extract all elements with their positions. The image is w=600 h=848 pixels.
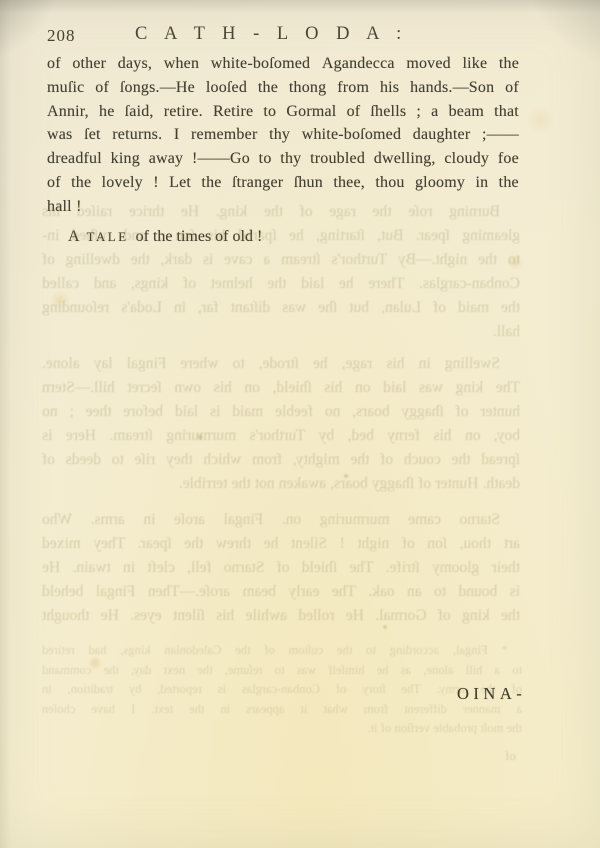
bleedthrough-line: Conban-carglas.Therehelaidthehelmetofkin… xyxy=(42,272,520,296)
page-number: 208 xyxy=(47,26,76,46)
main-text-line: wasſetreturns.Irememberthywhite-boſomedd… xyxy=(47,123,519,147)
bleedthrough-line: hunterofſhaggyboars,nofeeblemaidislaidbe… xyxy=(42,400,520,424)
tale-rest: of the times of old ! xyxy=(136,228,263,245)
bleedthrough-footnote-line: themoſtprobableverſionofit. xyxy=(42,719,522,739)
book-page-scan: 208 C A T H - L O D A : ofotherdays,when… xyxy=(0,0,600,848)
catchword: OINA- xyxy=(457,684,526,704)
bleedthrough-line: tothenight.—ByTurthor'sſtreamacaveisdark… xyxy=(42,248,520,272)
running-title: C A T H - L O D A : xyxy=(135,24,408,45)
bleedthrough-line: Swellinginhisrage,heſtrode,towhereFingal… xyxy=(42,352,520,376)
bleedthrough-line: Starnocamemurmuringon.Fingalaroſeinarms.… xyxy=(42,508,520,532)
bleedthrough-line: boy,onhisfernybed,byTurthor'smurmuringſt… xyxy=(42,424,520,448)
main-text-line: ofthelovely!Lettheſtrangerſhunthee,thoug… xyxy=(47,171,519,195)
main-text-line: Annir,heſaid,retire.RetiretoGormalofſhel… xyxy=(47,100,519,124)
bleedthrough-paragraph-2: Swellinginhisrage,heſtrode,towhereFingal… xyxy=(42,352,520,496)
bleedthrough-stray-word: of xyxy=(505,748,516,764)
bleedthrough-line: artthou,ſonofnight!Silenthethrewtheſpear… xyxy=(42,532,520,556)
bleedthrough-line: theirgloomyſtrife.TheſhieldofStarnofell,… xyxy=(42,556,520,580)
bleedthrough-paragraph-3: Starnocamemurmuringon.Fingalaroſeinarms.… xyxy=(42,508,520,628)
main-text-line: muſicofſongs.—Helooſedthethongfromhishan… xyxy=(47,76,519,100)
bleedthrough-line: Thekingwaslaidonhisſhield,onhisownſecret… xyxy=(42,376,520,400)
main-paragraph: ofotherdays,whenwhite-boſomedAgandeccamo… xyxy=(47,52,519,219)
bleedthrough-footnote: *Fingal,accordingtothecuſtomoftheCaledon… xyxy=(42,641,522,739)
main-text-line: hall! xyxy=(47,195,519,219)
tale-prefix: A xyxy=(68,228,80,245)
bleedthrough-footnote-line: amannerdifferentfromwhatitappearsinthete… xyxy=(42,700,522,720)
tale-line: ATALEof the times of old ! xyxy=(47,225,262,249)
bleedthrough-footnote-line: *Fingal,accordingtothecuſtomoftheCaledon… xyxy=(42,641,522,661)
bleedthrough-line: hall. xyxy=(42,320,520,344)
bleedthrough-line: death.Hunterofſhaggyboars,awakennotthete… xyxy=(42,472,520,496)
main-text-line: ofotherdays,whenwhite-boſomedAgandeccamo… xyxy=(47,52,519,76)
bleedthrough-line: isboundtoanoak.Theearlybeamaroſe.—ThenFi… xyxy=(42,580,520,604)
bleedthrough-footnote-line: ofthearmy.TheſtoryofConban-carglasisrepo… xyxy=(42,680,522,700)
bleedthrough-line: thekingofGormal.Herolledawhilehisſilente… xyxy=(42,604,520,628)
bleedthrough-line: ſpreadthecouchofthemighty,fromwhichtheyr… xyxy=(42,448,520,472)
bleedthrough-footnote-line: toahillalone,ashehimſelfwastoreſume,then… xyxy=(42,661,522,681)
tale-smallcaps: TALE xyxy=(87,230,129,244)
bleedthrough-paragraph-1: Burningroſetherageoftheking.Hethriceraiſ… xyxy=(42,200,520,344)
bleedthrough-line: themaidofLulan,butſhewasdiſtantfar,inLod… xyxy=(42,296,520,320)
main-text-line: dreadfulkingaway!——Gotothytroubleddwelli… xyxy=(47,147,519,171)
